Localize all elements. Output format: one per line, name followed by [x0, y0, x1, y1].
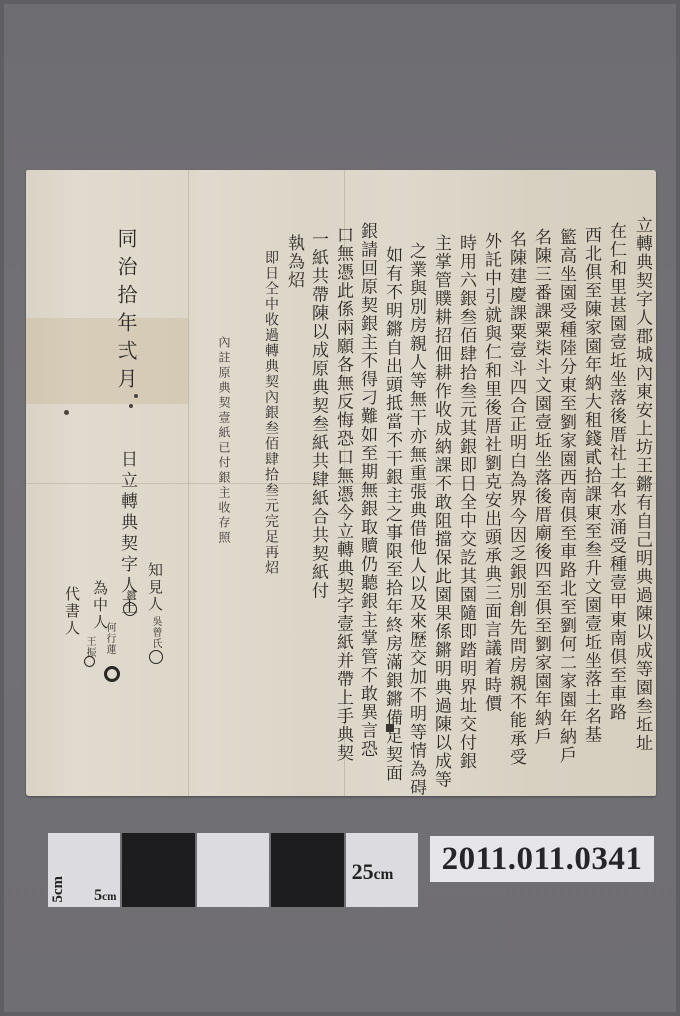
accession-number-label: 2011.011.0341 [430, 836, 654, 882]
witness-role: 知見人 [147, 562, 162, 613]
scale-segment-light [197, 833, 269, 907]
text-column-1: 立轉典契字人郡城內東安上坊王鏘有自己明典過陳以成等園叁坵址 [633, 216, 650, 753]
text-column-7: 外託中引就與仁和里後厝社劉克安出頭承典三面言議着時價 [482, 232, 499, 713]
scale-segment-light: 5cm 5cm [48, 833, 120, 907]
signer-seal [123, 602, 137, 616]
text-column-9: 主掌管贌耕招佃耕作收成納課不敢阻擋保此園果係鏘明典過陳以成等 [432, 234, 449, 789]
text-column-14: 一紙共帶陳以成原典契叁紙共肆紙合共契紙付 [309, 230, 326, 600]
text-column-3: 西北俱至陳家園年納大租錢貳拾課東至叁升文園壹坵坐落土名基 [582, 226, 599, 744]
scale-label-25cm: 25cm [352, 859, 394, 885]
text-column-4: 籃高坐園受種陸分東至劉家園西南俱至車路北至劉何二家園年納戶 [557, 228, 574, 765]
scribe-seal [84, 656, 95, 667]
middleman-seal [104, 666, 120, 682]
land-deed-document: 立轉典契字人郡城內東安上坊王鏘有自己明典過陳以成等園叁坵址 在仁和里甚園壹坵坐落… [26, 170, 656, 796]
witness-name: 吳曾氏 [150, 616, 160, 649]
text-column-8: 時用六銀叁佰肆拾叁元其銀即日全中交訖其園隨即踏明界址交付銀 [457, 234, 474, 771]
text-column-10: 之業與別房親人等無干亦無重張典借他人以及來歷交加不明等情為碍 [407, 242, 424, 797]
middleman-name: 何行蓮 [104, 622, 114, 655]
text-column-6: 名陳建慶課粟壹斗四合正明白為界今因乏銀別創先問房親不能承受 [507, 230, 524, 767]
ink-spot [134, 394, 138, 398]
receipt-note-column: 即日仝中收過轉典契內銀叁佰肆拾叁元完足再炤 [264, 250, 278, 576]
witness-seal [149, 650, 163, 664]
scale-segment-dark [271, 833, 343, 907]
text-column-15: 執為炤 [285, 234, 302, 290]
measurement-scale-bar: 5cm 5cm 25cm [48, 833, 418, 907]
text-column-11: 如有不明鏘自出頭抵當不干銀主之事限至拾年終房滿銀鏘備足契面 [383, 246, 400, 783]
scale-segment-dark [122, 833, 194, 907]
ink-blot [386, 724, 394, 732]
paper-stain [26, 318, 188, 404]
inner-note-column: 內註原典契壹紙已付銀主收存照 [218, 336, 230, 546]
text-column-5: 名陳三番課粟柒斗文園壹坵坐落後厝廟後四至俱至劉家園年納戶 [532, 228, 549, 746]
text-column-13: 口無憑此係兩願各無反悔恐口無憑今立轉典契字壹紙并帶上手典契 [334, 226, 351, 763]
scale-segment-light: 25cm [346, 833, 418, 907]
scribe-name: 王振 [84, 636, 94, 658]
scribe-role: 代書人 [64, 586, 79, 637]
text-column-12: 銀請回原契銀主不得刁難如至期無銀取贖仍聽銀主掌管不敢異言恐 [358, 222, 375, 759]
signer-mark: 鏘 [124, 590, 134, 601]
ink-spot [64, 410, 69, 415]
text-column-2: 在仁和里甚園壹坵坐落後厝社土名水涌受種壹甲東南俱至車路 [607, 222, 624, 722]
scale-label-5cm: 5cm [94, 887, 116, 905]
date-line: 同治拾年弍月 [116, 228, 136, 396]
scale-label-vertical: 5cm [50, 876, 67, 903]
ink-spot [129, 404, 133, 408]
